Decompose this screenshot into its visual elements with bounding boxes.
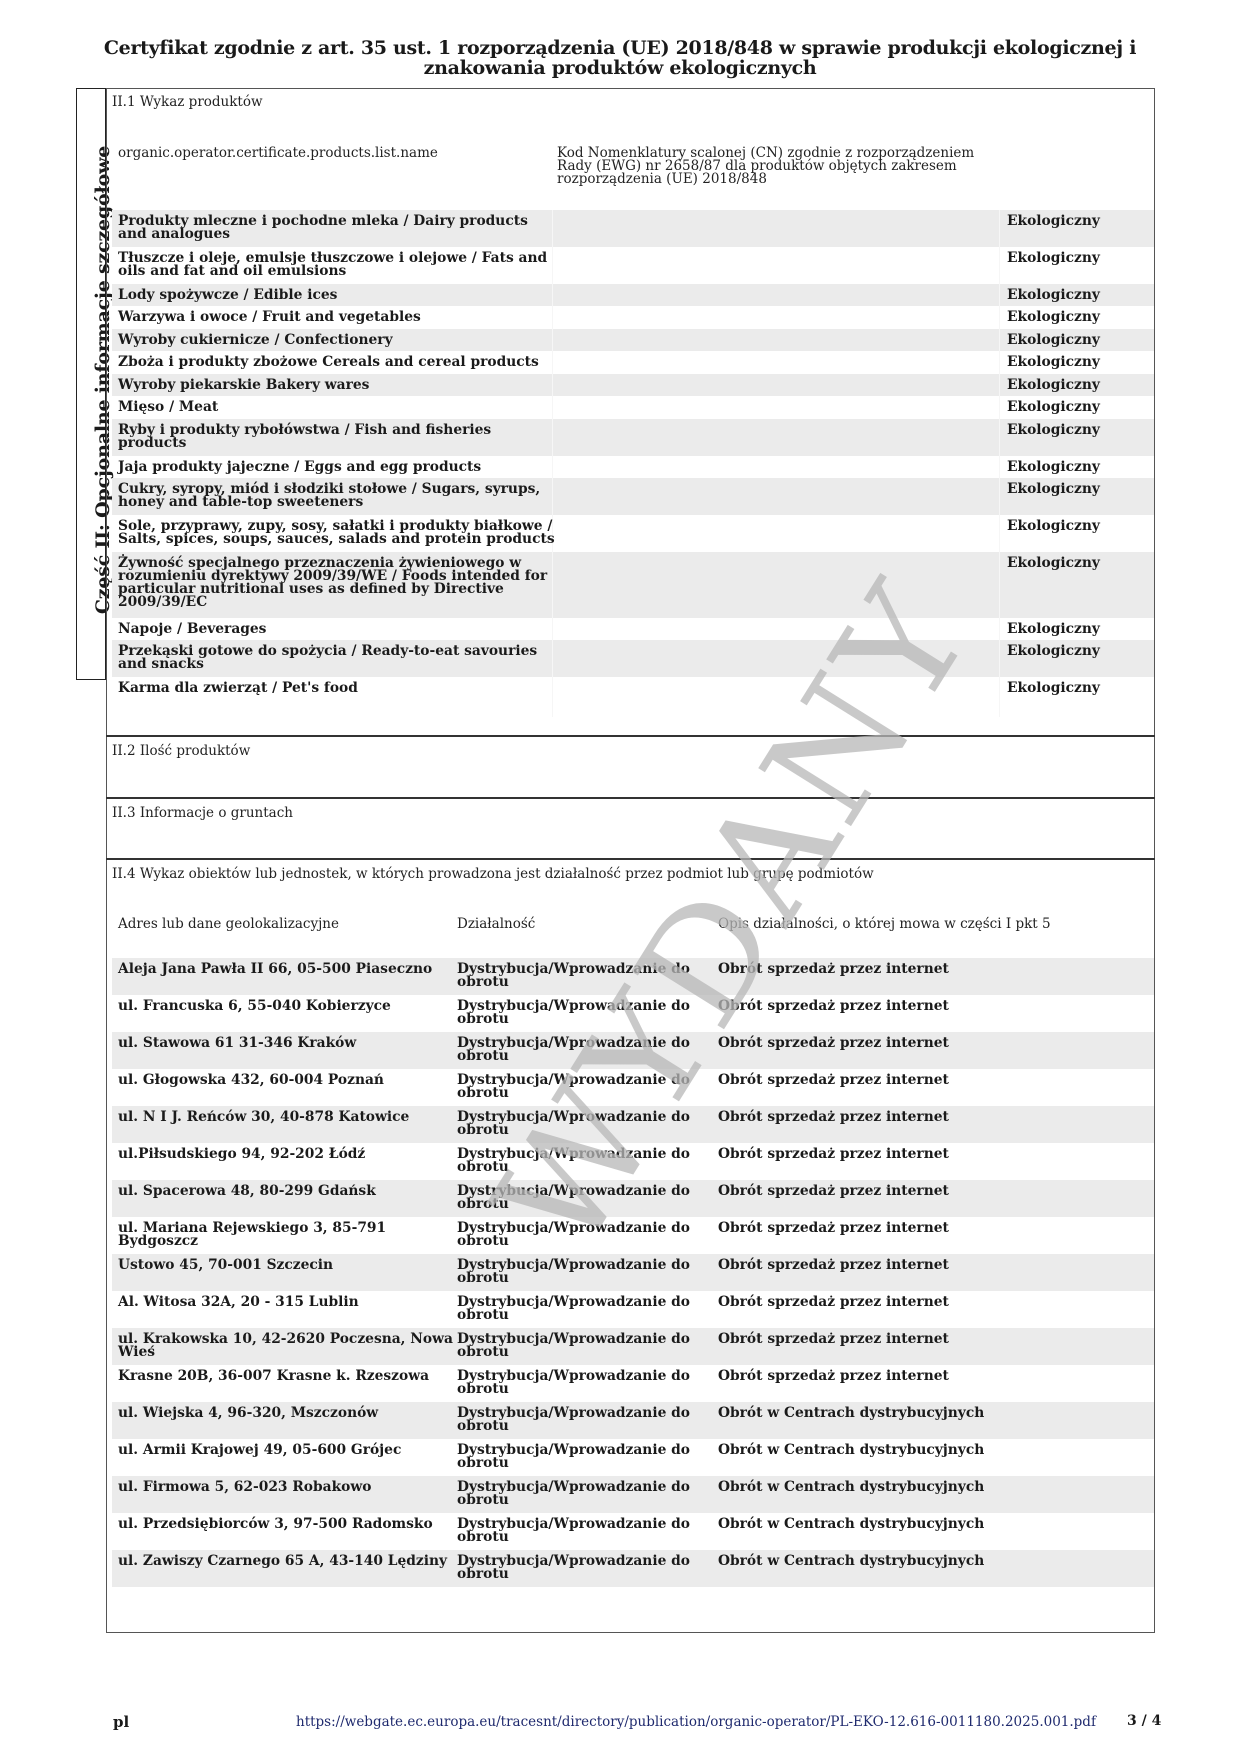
section-2-2-title: II.2 Ilość produktów xyxy=(112,743,250,759)
product-status: Ekologiczny xyxy=(1007,520,1100,533)
location-activity: Dystrybucja/Wprowadzanie do obrotu xyxy=(457,1074,697,1100)
product-name: Wyroby piekarskie Bakery wares xyxy=(118,379,558,392)
location-address: ul.Piłsudskiego 94, 92-202 Łódź xyxy=(118,1148,453,1161)
location-activity: Dystrybucja/Wprowadzanie do obrotu xyxy=(457,1111,697,1137)
location-address: ul. Firmowa 5, 62-023 Robakowo xyxy=(118,1481,453,1494)
product-row: Lody spożywcze / Edible icesEkologiczny xyxy=(112,284,1154,306)
location-address: ul. Stawowa 61 31-346 Kraków xyxy=(118,1037,453,1050)
location-row: Al. Witosa 32A, 20 - 315 LublinDystrybuc… xyxy=(112,1291,1154,1328)
location-address: ul. Przedsiębiorców 3, 97-500 Radomsko xyxy=(118,1518,453,1531)
product-row: Przekąski gotowe do spożycia / Ready-to-… xyxy=(112,640,1154,677)
product-status: Ekologiczny xyxy=(1007,252,1100,265)
section-2-3-title: II.3 Informacje o gruntach xyxy=(112,805,293,821)
location-row: ul. Głogowska 432, 60-004 PoznańDystrybu… xyxy=(112,1069,1154,1106)
product-name: Produkty mleczne i pochodne mleka / Dair… xyxy=(118,215,558,241)
section-divider xyxy=(106,858,1155,860)
product-status: Ekologiczny xyxy=(1007,483,1100,496)
product-row: Zboża i produkty zbożowe Cereals and cer… xyxy=(112,351,1154,374)
location-row: ul. N I J. Reńców 30, 40-878 KatowiceDys… xyxy=(112,1106,1154,1143)
location-row: Krasne 20B, 36-007 Krasne k. RzeszowaDys… xyxy=(112,1365,1154,1402)
location-activity: Dystrybucja/Wprowadzanie do obrotu xyxy=(457,1333,697,1359)
locations-header-description: Opis działalności, o której mowa w częśc… xyxy=(718,918,1051,931)
location-address: Ustowo 45, 70-001 Szczecin xyxy=(118,1259,453,1272)
location-activity: Dystrybucja/Wprowadzanie do obrotu xyxy=(457,1222,697,1248)
location-description: Obrót sprzedaż przez internet xyxy=(718,1222,949,1235)
product-name: Napoje / Beverages xyxy=(118,623,558,636)
locations-header-address: Adres lub dane geolokalizacyjne xyxy=(118,918,339,931)
product-status: Ekologiczny xyxy=(1007,334,1100,347)
location-row: ul. Zawiszy Czarnego 65 A, 43-140 Lędzin… xyxy=(112,1550,1154,1587)
product-name: Wyroby cukiernicze / Confectionery xyxy=(118,334,558,347)
location-address: ul. Zawiszy Czarnego 65 A, 43-140 Lędzin… xyxy=(118,1555,453,1568)
product-status: Ekologiczny xyxy=(1007,379,1100,392)
location-description: Obrót w Centrach dystrybucyjnych xyxy=(718,1407,984,1420)
product-status: Ekologiczny xyxy=(1007,424,1100,437)
product-name: Sole, przyprawy, zupy, sosy, sałatki i p… xyxy=(118,520,558,546)
product-status: Ekologiczny xyxy=(1007,311,1100,324)
product-row: Żywność specjalnego przeznaczenia żywien… xyxy=(112,552,1154,618)
product-row: Karma dla zwierząt / Pet's foodEkologicz… xyxy=(112,677,1154,717)
location-row: ul. Armii Krajowej 49, 05-600 GrójecDyst… xyxy=(112,1439,1154,1476)
location-activity: Dystrybucja/Wprowadzanie do obrotu xyxy=(457,963,697,989)
section-divider xyxy=(106,735,1155,737)
product-row: Jaja produkty jajeczne / Eggs and egg pr… xyxy=(112,456,1154,478)
product-row: Tłuszcze i oleje, emulsje tłuszczowe i o… xyxy=(112,247,1154,284)
location-row: ul. Spacerowa 48, 80-299 GdańskDystrybuc… xyxy=(112,1180,1154,1217)
product-status: Ekologiczny xyxy=(1007,356,1100,369)
location-row: ul. Firmowa 5, 62-023 RobakowoDystrybucj… xyxy=(112,1476,1154,1513)
product-name: Jaja produkty jajeczne / Eggs and egg pr… xyxy=(118,461,558,474)
product-row: Napoje / BeveragesEkologiczny xyxy=(112,618,1154,640)
location-address: ul. Spacerowa 48, 80-299 Gdańsk xyxy=(118,1185,453,1198)
footer-language: pl xyxy=(113,1713,129,1731)
product-row: Wyroby piekarskie Bakery waresEkologiczn… xyxy=(112,374,1154,396)
location-activity: Dystrybucja/Wprowadzanie do obrotu xyxy=(457,1555,697,1581)
location-address: Al. Witosa 32A, 20 - 315 Lublin xyxy=(118,1296,453,1309)
location-description: Obrót sprzedaż przez internet xyxy=(718,1074,949,1087)
location-description: Obrót sprzedaż przez internet xyxy=(718,1333,949,1346)
location-row: ul. Stawowa 61 31-346 KrakówDystrybucja/… xyxy=(112,1032,1154,1069)
location-row: ul. Francuska 6, 55-040 KobierzyceDystry… xyxy=(112,995,1154,1032)
location-activity: Dystrybucja/Wprowadzanie do obrotu xyxy=(457,1370,697,1396)
products-header-cn: Kod Nomenklatury scalonej (CN) zgodnie z… xyxy=(557,147,997,186)
location-activity: Dystrybucja/Wprowadzanie do obrotu xyxy=(457,1259,697,1285)
location-address: ul. N I J. Reńców 30, 40-878 Katowice xyxy=(118,1111,453,1124)
location-address: Aleja Jana Pawła II 66, 05-500 Piaseczno xyxy=(118,963,453,976)
product-name: Przekąski gotowe do spożycia / Ready-to-… xyxy=(118,645,558,671)
products-header-name: organic.operator.certificate.products.li… xyxy=(118,147,438,160)
location-activity: Dystrybucja/Wprowadzanie do obrotu xyxy=(457,1185,697,1211)
product-status: Ekologiczny xyxy=(1007,645,1100,658)
location-row: ul.Piłsudskiego 94, 92-202 ŁódźDystrybuc… xyxy=(112,1143,1154,1180)
product-name: Mięso / Meat xyxy=(118,401,558,414)
footer-url-link[interactable]: https://webgate.ec.europa.eu/tracesnt/di… xyxy=(296,1714,1096,1730)
product-row: Ryby i produkty rybołówstwa / Fish and f… xyxy=(112,419,1154,456)
product-status: Ekologiczny xyxy=(1007,401,1100,414)
location-address: ul. Francuska 6, 55-040 Kobierzyce xyxy=(118,1000,453,1013)
location-description: Obrót sprzedaż przez internet xyxy=(718,1259,949,1272)
location-activity: Dystrybucja/Wprowadzanie do obrotu xyxy=(457,1407,697,1433)
location-activity: Dystrybucja/Wprowadzanie do obrotu xyxy=(457,1000,697,1026)
location-description: Obrót sprzedaż przez internet xyxy=(718,1370,949,1383)
product-status: Ekologiczny xyxy=(1007,557,1100,570)
product-status: Ekologiczny xyxy=(1007,461,1100,474)
location-address: ul. Armii Krajowej 49, 05-600 Grójec xyxy=(118,1444,453,1457)
location-activity: Dystrybucja/Wprowadzanie do obrotu xyxy=(457,1037,697,1063)
product-status: Ekologiczny xyxy=(1007,682,1100,695)
location-description: Obrót w Centrach dystrybucyjnych xyxy=(718,1555,984,1568)
location-activity: Dystrybucja/Wprowadzanie do obrotu xyxy=(457,1148,697,1174)
location-address: ul. Krakowska 10, 42-2620 Poczesna, Nowa… xyxy=(118,1333,453,1359)
product-name: Ryby i produkty rybołówstwa / Fish and f… xyxy=(118,424,558,450)
location-description: Obrót sprzedaż przez internet xyxy=(718,1296,949,1309)
section-2-4-title: II.4 Wykaz obiektów lub jednostek, w któ… xyxy=(112,866,874,882)
product-row: Cukry, syropy, miód i słodziki stołowe /… xyxy=(112,478,1154,515)
product-name: Karma dla zwierząt / Pet's food xyxy=(118,682,558,695)
location-description: Obrót w Centrach dystrybucyjnych xyxy=(718,1481,984,1494)
product-name: Cukry, syropy, miód i słodziki stołowe /… xyxy=(118,483,558,509)
product-name: Lody spożywcze / Edible ices xyxy=(118,289,558,302)
location-row: ul. Wiejska 4, 96-320, MszczonówDystrybu… xyxy=(112,1402,1154,1439)
section-divider xyxy=(106,797,1155,799)
location-activity: Dystrybucja/Wprowadzanie do obrotu xyxy=(457,1296,697,1322)
location-row: ul. Przedsiębiorców 3, 97-500 RadomskoDy… xyxy=(112,1513,1154,1550)
location-row: ul. Mariana Rejewskiego 3, 85-791 Bydgos… xyxy=(112,1217,1154,1254)
location-row: ul. Krakowska 10, 42-2620 Poczesna, Nowa… xyxy=(112,1328,1154,1365)
product-name: Warzywa i owoce / Fruit and vegetables xyxy=(118,311,558,324)
product-status: Ekologiczny xyxy=(1007,215,1100,228)
location-description: Obrót w Centrach dystrybucyjnych xyxy=(718,1444,984,1457)
locations-header-activity: Działalność xyxy=(457,918,535,931)
location-description: Obrót sprzedaż przez internet xyxy=(718,963,949,976)
location-description: Obrót sprzedaż przez internet xyxy=(718,1185,949,1198)
location-activity: Dystrybucja/Wprowadzanie do obrotu xyxy=(457,1518,697,1544)
location-description: Obrót sprzedaż przez internet xyxy=(718,1111,949,1124)
product-row: Mięso / MeatEkologiczny xyxy=(112,396,1154,419)
product-status: Ekologiczny xyxy=(1007,623,1100,636)
location-activity: Dystrybucja/Wprowadzanie do obrotu xyxy=(457,1444,697,1470)
page-title: Certyfikat zgodnie z art. 35 ust. 1 rozp… xyxy=(60,38,1180,78)
location-description: Obrót sprzedaż przez internet xyxy=(718,1037,949,1050)
location-row: Ustowo 45, 70-001 SzczecinDystrybucja/Wp… xyxy=(112,1254,1154,1291)
product-row: Wyroby cukiernicze / ConfectioneryEkolog… xyxy=(112,329,1154,351)
location-activity: Dystrybucja/Wprowadzanie do obrotu xyxy=(457,1481,697,1507)
product-row: Warzywa i owoce / Fruit and vegetablesEk… xyxy=(112,306,1154,329)
product-name: Tłuszcze i oleje, emulsje tłuszczowe i o… xyxy=(118,252,558,278)
location-description: Obrót sprzedaż przez internet xyxy=(718,1148,949,1161)
location-address: ul. Mariana Rejewskiego 3, 85-791 Bydgos… xyxy=(118,1222,453,1248)
location-address: Krasne 20B, 36-007 Krasne k. Rzeszowa xyxy=(118,1370,453,1383)
location-address: ul. Wiejska 4, 96-320, Mszczonów xyxy=(118,1407,453,1420)
product-status: Ekologiczny xyxy=(1007,289,1100,302)
product-row: Sole, przyprawy, zupy, sosy, sałatki i p… xyxy=(112,515,1154,552)
section-2-1-title: II.1 Wykaz produktów xyxy=(112,94,263,110)
product-row: Produkty mleczne i pochodne mleka / Dair… xyxy=(112,210,1154,247)
location-address: ul. Głogowska 432, 60-004 Poznań xyxy=(118,1074,453,1087)
product-name: Żywność specjalnego przeznaczenia żywien… xyxy=(118,557,558,609)
location-row: Aleja Jana Pawła II 66, 05-500 Piaseczno… xyxy=(112,958,1154,995)
product-name: Zboża i produkty zbożowe Cereals and cer… xyxy=(118,356,558,369)
footer-page-number: 3 / 4 xyxy=(1127,1713,1161,1729)
location-description: Obrót w Centrach dystrybucyjnych xyxy=(718,1518,984,1531)
location-description: Obrót sprzedaż przez internet xyxy=(718,1000,949,1013)
